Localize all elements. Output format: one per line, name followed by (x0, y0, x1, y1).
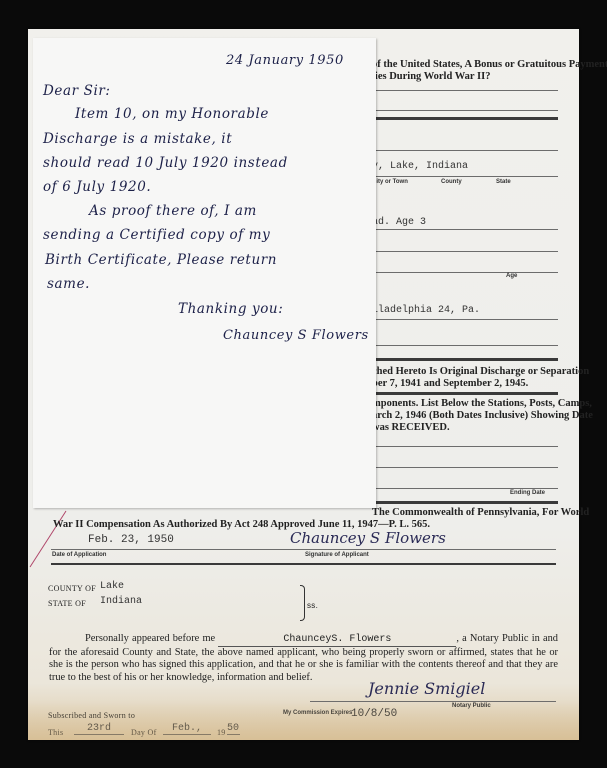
letter-line-3: should read 10 July 1920 instead (43, 155, 288, 171)
paper-stain (28, 700, 579, 740)
header-question-line2: lies During World War II? (372, 71, 490, 83)
letter-line-7: Birth Certificate, Please return (45, 252, 277, 268)
answer-line (372, 251, 558, 252)
caption-age: Age (506, 273, 517, 279)
letter-closing: Thanking you: (178, 301, 283, 317)
answer-line (372, 110, 558, 111)
compensation-line1: The Commonwealth of Pennsylvania, For Wo… (372, 507, 589, 519)
answer-line (372, 319, 558, 320)
red-margin-line (28, 509, 68, 569)
applicant-signature: Chauncey S Flowers (290, 529, 446, 547)
state-label: STATE OF (48, 599, 86, 608)
stations-question-line1: mponents. List Below the Stations, Posts… (372, 398, 592, 410)
state-value: Indiana (100, 596, 142, 607)
letter-line-6: sending a Certified copy of my (43, 227, 270, 243)
signature-line (51, 549, 556, 550)
section-divider (51, 563, 556, 565)
caption-signature-of-applicant: Signature of Applicant (305, 552, 369, 558)
letter-line-2: Discharge is a mistake, it (43, 131, 232, 147)
age-value: ad. Age 3 (372, 217, 426, 228)
section-divider (372, 358, 558, 361)
residence-line (372, 176, 558, 177)
stations-question-line2: arch 2, 1946 (Both Dates Inclusive) Show… (372, 410, 593, 422)
letter-line-5: As proof there of, I am (89, 203, 257, 219)
letter-date: 24 January 1950 (226, 53, 344, 68)
notary-signature: Jennie Smigiel (368, 679, 485, 698)
caption-date-of-application: Date of Application (52, 552, 106, 558)
appeared-name: ChaunceyS. Flowers (218, 634, 456, 647)
caption-city: City or Town (372, 179, 408, 185)
letter-line-8: same. (47, 276, 90, 292)
header-question-line1: of the United States, A Bonus or Gratuit… (372, 59, 607, 71)
address-value: iladelphia 24, Pa. (372, 305, 480, 316)
section-divider (372, 117, 558, 120)
county-value: Lake (100, 581, 124, 592)
answer-line (372, 345, 558, 346)
answer-line (372, 446, 558, 447)
notary-prefix: Personally appeared before me (49, 633, 215, 644)
answer-line (372, 150, 558, 151)
section-divider (372, 392, 558, 395)
letter-line-4: of 6 July 1920. (43, 179, 151, 195)
ss-label: ss. (307, 601, 318, 610)
notary-paragraph: Personally appeared before me ChaunceyS.… (49, 633, 558, 684)
caption-county: County (441, 179, 462, 185)
county-label: COUNTY OF (48, 584, 96, 593)
handwritten-letter: 24 January 1950 Dear Sir: Item 10, on my… (33, 38, 376, 508)
discharge-question-line2: ber 7, 1941 and September 2, 1945. (372, 378, 528, 390)
stations-question-line3: was RECEIVED. (372, 422, 450, 434)
answer-line (372, 467, 558, 468)
residence-value: y, Lake, Indiana (372, 161, 468, 172)
application-date: Feb. 23, 1950 (88, 534, 174, 546)
notary-suffix: , a Notary Public (456, 633, 528, 644)
answer-line (372, 90, 558, 91)
discharge-question-line1: ched Hereto Is Original Discharge or Sep… (372, 366, 589, 378)
letter-signature: Chauncey S Flowers (223, 328, 369, 343)
letter-line-1: Item 10, on my Honorable (75, 106, 269, 122)
venue-bracket (300, 585, 305, 621)
caption-state: State (496, 179, 511, 185)
answer-line (372, 488, 558, 489)
letter-salutation: Dear Sir: (43, 83, 111, 99)
section-divider (372, 501, 558, 504)
answer-line (372, 272, 558, 273)
caption-ending-date: Ending Date (510, 490, 545, 496)
answer-line (372, 229, 558, 230)
